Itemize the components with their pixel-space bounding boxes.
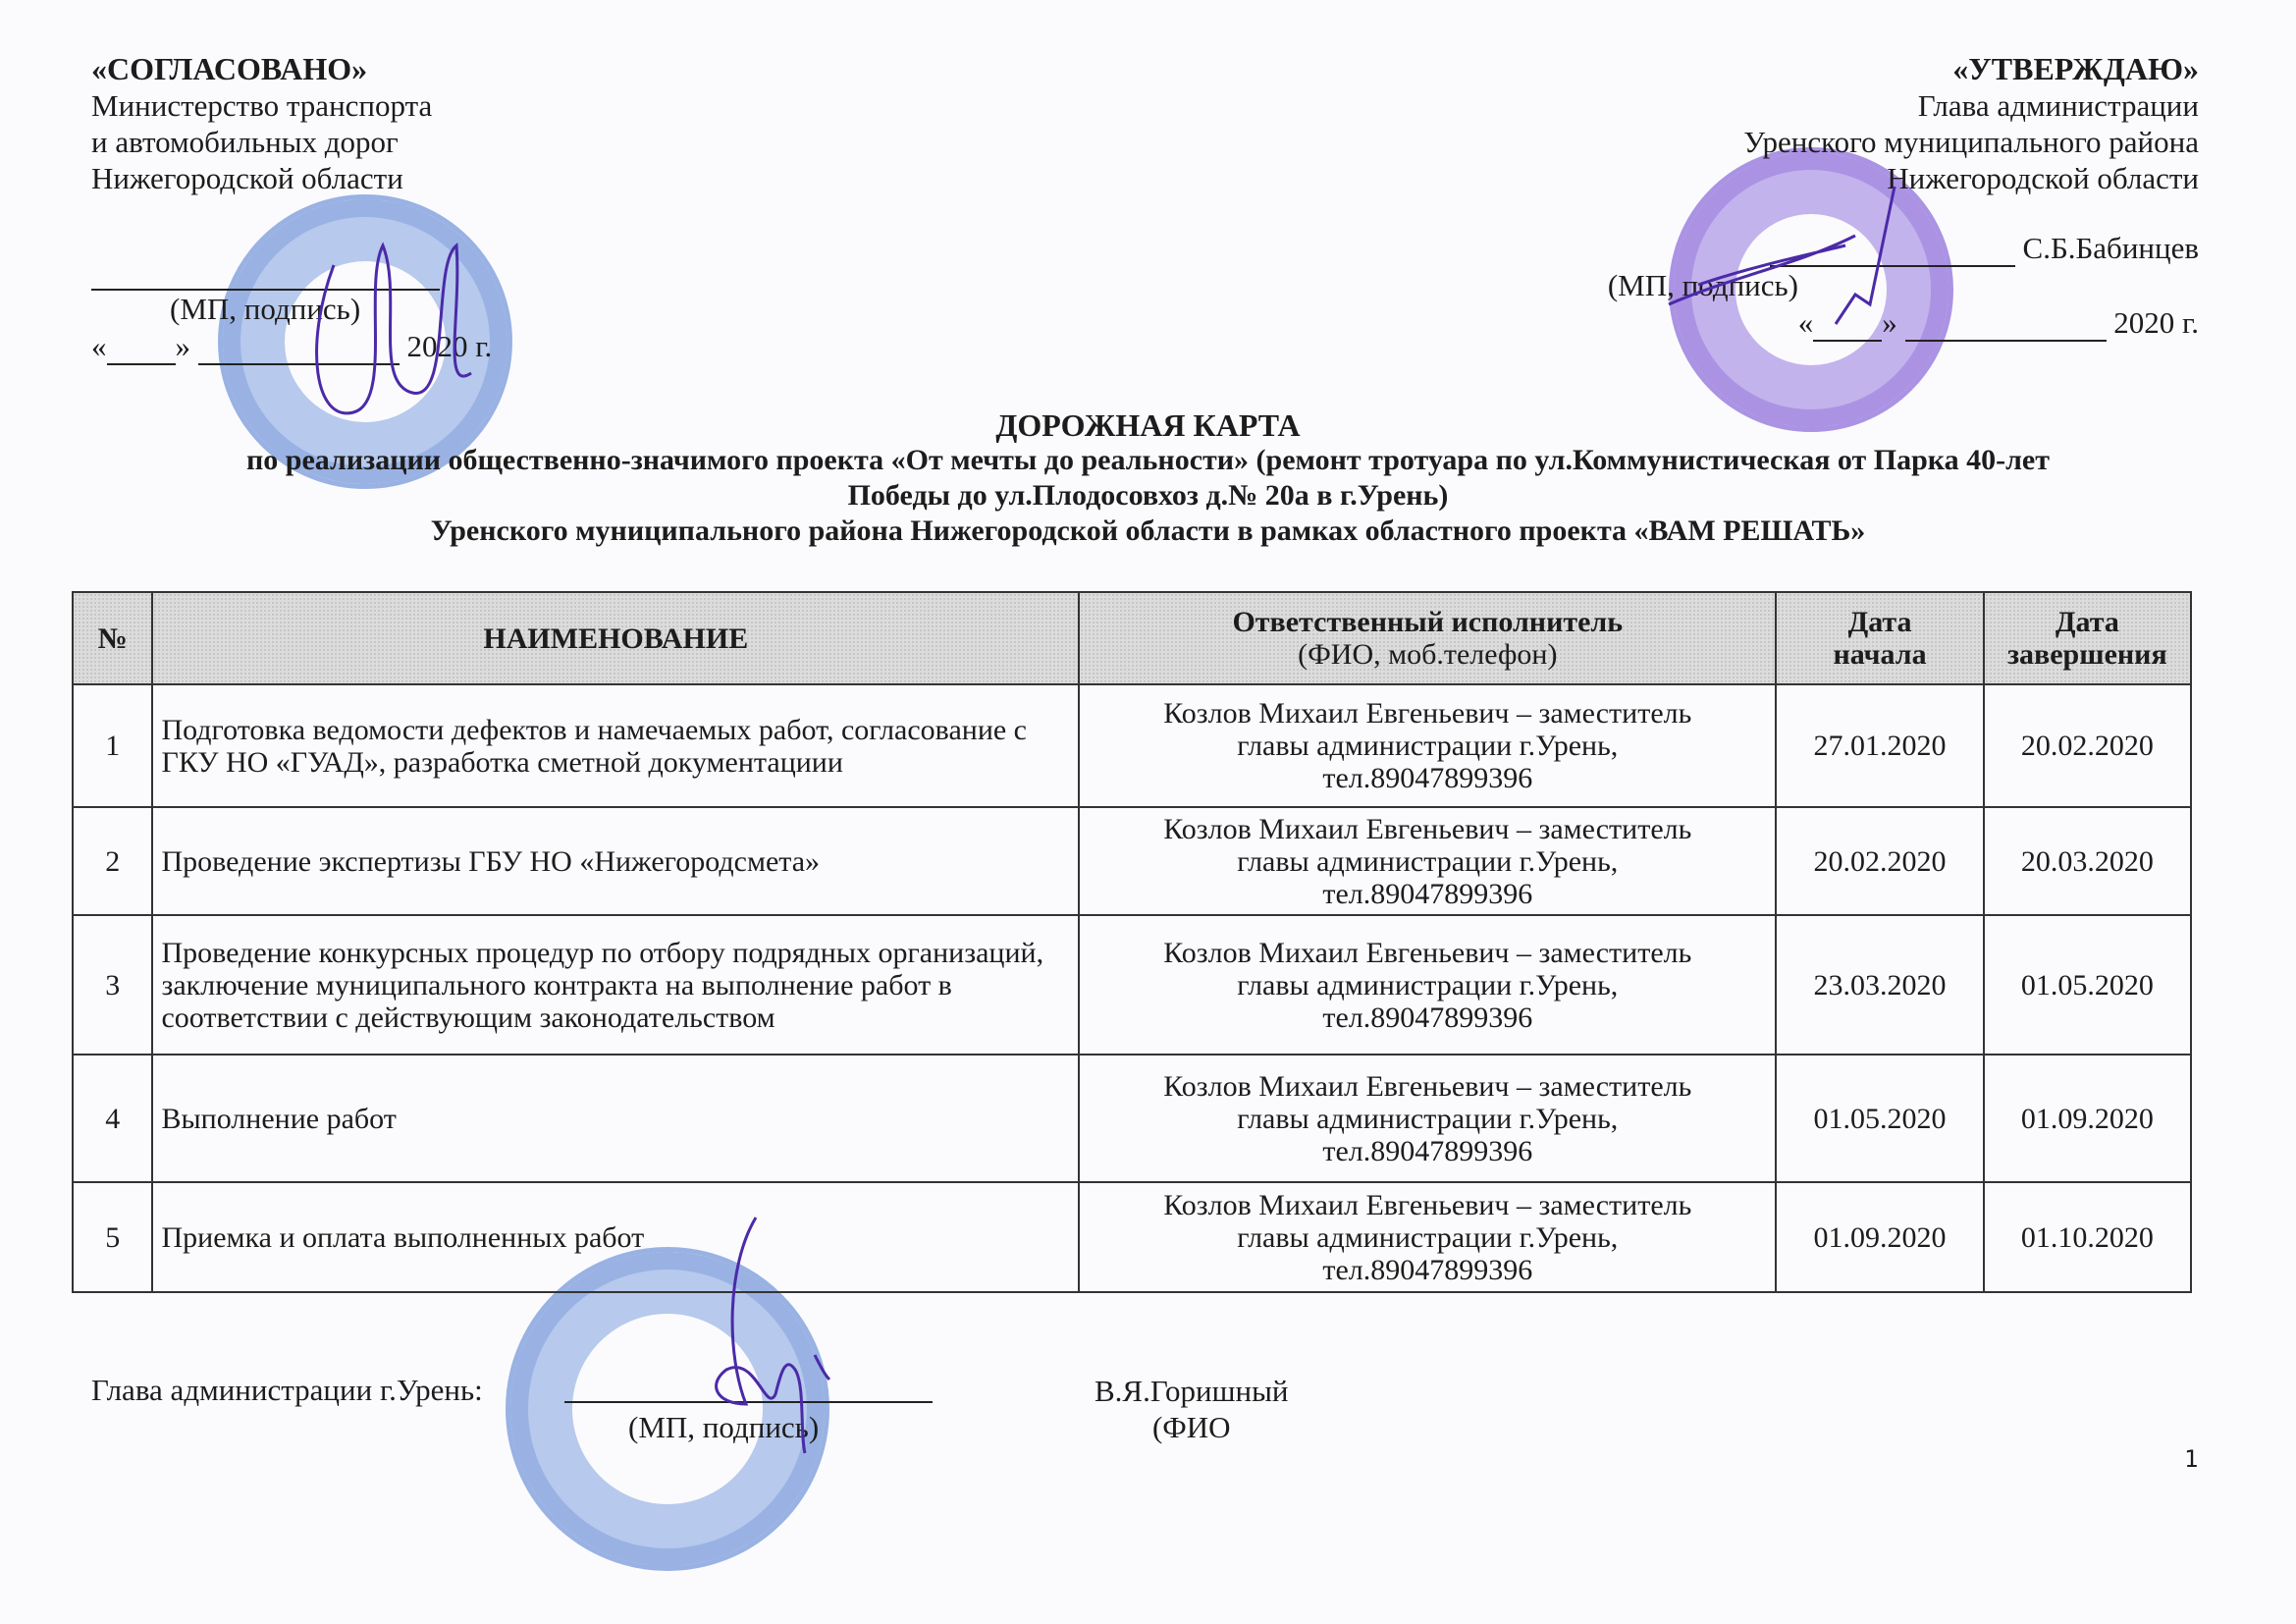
header-responsible: Ответственный исполнитель (ФИО, моб.теле… <box>1079 592 1776 684</box>
footer-signature-line[interactable] <box>564 1401 933 1403</box>
table-row: 3Проведение конкурсных процедур по отбор… <box>73 915 2191 1055</box>
title-line: Уренского муниципального района Нижегоро… <box>0 514 2296 549</box>
approval-left-block: «СОГЛАСОВАНО» Министерство транспорта и … <box>91 51 492 365</box>
title-line: по реализации общественно-значимого прое… <box>0 443 2296 478</box>
title-main: ДОРОЖНАЯ КАРТА <box>0 407 2296 443</box>
responsible-line: тел.89047899396 <box>1088 762 1767 794</box>
row-end-date: 20.03.2020 <box>1984 807 2191 915</box>
row-responsible: Козлов Михаил Евгеньевич – заместительгл… <box>1079 1055 1776 1182</box>
table-row: 1Подготовка ведомости дефектов и намечае… <box>73 684 2191 807</box>
responsible-line: Козлов Михаил Евгеньевич – заместитель <box>1088 937 1767 969</box>
footer-fio-caption: (ФИО <box>1095 1409 1289 1445</box>
header-name: НАИМЕНОВАНИЕ <box>152 592 1079 684</box>
month-field[interactable] <box>198 336 400 365</box>
row-number: 1 <box>73 684 152 807</box>
page-number: 1 <box>2184 1445 2198 1473</box>
responsible-line: тел.89047899396 <box>1088 878 1767 910</box>
row-responsible: Козлов Михаил Евгеньевич – заместительгл… <box>1079 1182 1776 1292</box>
header-start-date: Дата начала <box>1776 592 1983 684</box>
responsible-line: Козлов Михаил Евгеньевич – заместитель <box>1088 813 1767 845</box>
signature-line[interactable] <box>1770 238 2015 267</box>
responsible-line: главы администрации г.Урень, <box>1088 730 1767 762</box>
row-number: 3 <box>73 915 152 1055</box>
row-number: 5 <box>73 1182 152 1292</box>
document-title: ДОРОЖНАЯ КАРТА по реализации общественно… <box>0 407 2296 549</box>
approval-right-heading: «УТВЕРЖДАЮ» <box>1608 51 2199 87</box>
approval-right-block: «УТВЕРЖДАЮ» Глава администрации Уренског… <box>1608 51 2199 342</box>
month-field[interactable] <box>1905 312 2107 342</box>
row-name: Выполнение работ <box>152 1055 1079 1182</box>
approval-right-signer: С.Б.Бабинцев <box>2023 231 2199 265</box>
row-name: Подготовка ведомости дефектов и намечаем… <box>152 684 1079 807</box>
responsible-line: Козлов Михаил Евгеньевич – заместитель <box>1088 1189 1767 1221</box>
approval-right-line: Уренского муниципального района <box>1608 124 2199 160</box>
responsible-line: Козлов Михаил Евгеньевич – заместитель <box>1088 697 1767 730</box>
signature-caption: (МП, подпись) <box>1608 267 2199 304</box>
approval-left-line: и автомобильных дорог <box>91 124 492 160</box>
header-end-date: Дата завершения <box>1984 592 2191 684</box>
row-start-date: 27.01.2020 <box>1776 684 1983 807</box>
table-row: 5Приемка и оплата выполненных работКозло… <box>73 1182 2191 1292</box>
table-row: 4Выполнение работКозлов Михаил Евгеньеви… <box>73 1055 2191 1182</box>
footer-signer: В.Я.Горишный <box>1095 1373 1289 1409</box>
title-line: Победы до ул.Плодосовхоз д.№ 20а в г.Уре… <box>0 478 2296 514</box>
responsible-line: тел.89047899396 <box>1088 1001 1767 1034</box>
responsible-line: главы администрации г.Урень, <box>1088 969 1767 1001</box>
row-end-date: 01.05.2020 <box>1984 915 2191 1055</box>
row-name: Проведение экспертизы ГБУ НО «Нижегородс… <box>152 807 1079 915</box>
row-start-date: 20.02.2020 <box>1776 807 1983 915</box>
responsible-line: главы администрации г.Урень, <box>1088 1103 1767 1135</box>
row-responsible: Козлов Михаил Евгеньевич – заместительгл… <box>1079 684 1776 807</box>
responsible-line: тел.89047899396 <box>1088 1254 1767 1286</box>
row-name: Приемка и оплата выполненных работ <box>152 1182 1079 1292</box>
footer-signature-caption: (МП, подпись) <box>628 1410 819 1445</box>
day-field[interactable] <box>107 336 176 365</box>
approval-right-date: «» 2020 г. <box>1608 304 2199 342</box>
row-start-date: 01.09.2020 <box>1776 1182 1983 1292</box>
row-end-date: 01.10.2020 <box>1984 1182 2191 1292</box>
row-start-date: 23.03.2020 <box>1776 915 1983 1055</box>
approval-right-line: Нижегородской области <box>1608 160 2199 196</box>
responsible-line: тел.89047899396 <box>1088 1135 1767 1167</box>
row-end-date: 20.02.2020 <box>1984 684 2191 807</box>
row-number: 4 <box>73 1055 152 1182</box>
header-num: № <box>73 592 152 684</box>
approval-left-line: Министерство транспорта <box>91 87 492 124</box>
responsible-line: Козлов Михаил Евгеньевич – заместитель <box>1088 1070 1767 1103</box>
table-header-row: № НАИМЕНОВАНИЕ Ответственный исполнитель… <box>73 592 2191 684</box>
row-responsible: Козлов Михаил Евгеньевич – заместительгл… <box>1079 915 1776 1055</box>
day-field[interactable] <box>1813 312 1882 342</box>
responsible-line: главы администрации г.Урень, <box>1088 1221 1767 1254</box>
row-start-date: 01.05.2020 <box>1776 1055 1983 1182</box>
footer-position: Глава администрации г.Урень: <box>91 1373 483 1408</box>
table-row: 2Проведение экспертизы ГБУ НО «Нижегород… <box>73 807 2191 915</box>
roadmap-table: № НАИМЕНОВАНИЕ Ответственный исполнитель… <box>72 591 2192 1293</box>
approval-left-heading: «СОГЛАСОВАНО» <box>91 51 492 87</box>
row-number: 2 <box>73 807 152 915</box>
approval-left-line: Нижегородской области <box>91 160 492 196</box>
footer-signer-block: В.Я.Горишный (ФИО <box>1095 1373 1289 1445</box>
responsible-line: главы администрации г.Урень, <box>1088 845 1767 878</box>
row-name: Проведение конкурсных процедур по отбору… <box>152 915 1079 1055</box>
approval-left-date: «» 2020 г. <box>91 328 492 365</box>
signature-line[interactable] <box>91 261 440 291</box>
row-responsible: Козлов Михаил Евгеньевич – заместительгл… <box>1079 807 1776 915</box>
signature-caption: (МП, подпись) <box>91 291 492 328</box>
approval-right-line: Глава администрации <box>1608 87 2199 124</box>
town-administration-stamp <box>506 1247 829 1571</box>
row-end-date: 01.09.2020 <box>1984 1055 2191 1182</box>
